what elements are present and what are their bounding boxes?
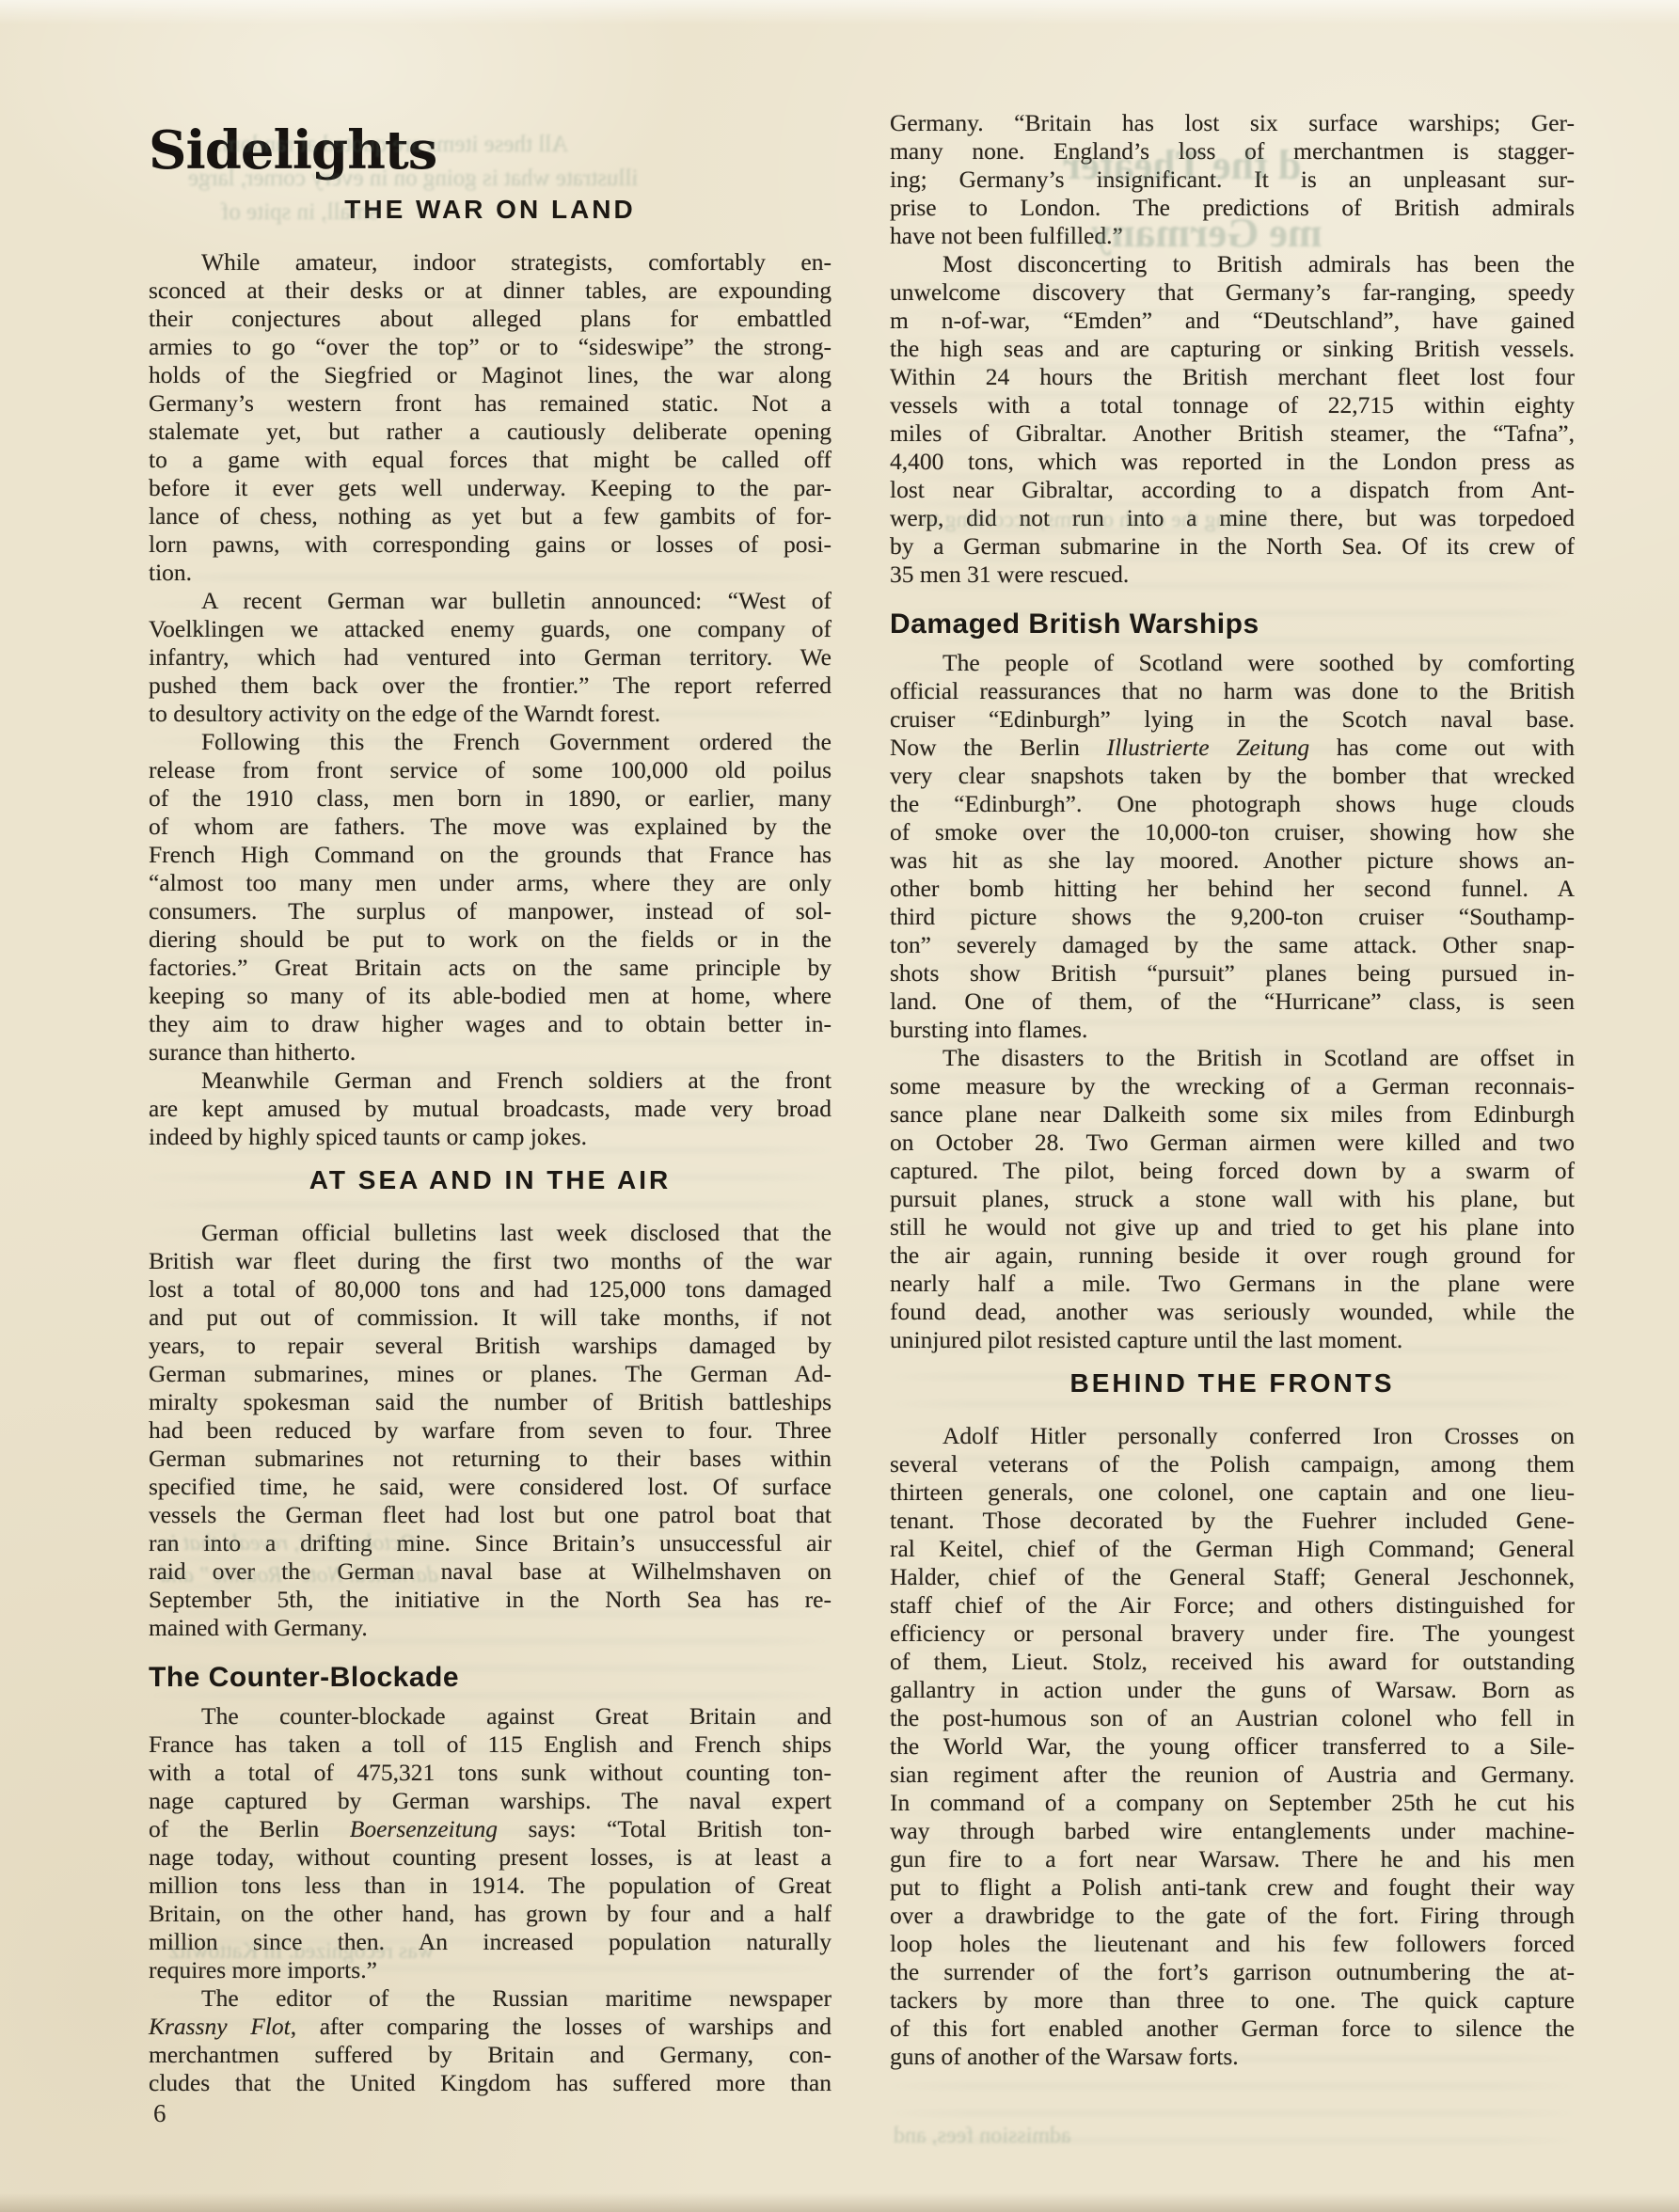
text-line: Following this the French Government ord…	[149, 728, 832, 756]
text-line: In command of a company on September 25t…	[890, 1789, 1575, 1817]
text-line: m n-of-war, “Emden” and “Deutschland”, h…	[890, 307, 1575, 335]
text-line: million since then. An increased populat…	[149, 1928, 832, 1956]
bleedthrough-text: admission fees, and	[894, 2124, 1071, 2149]
text-line: keeping so many of its able-bodied men a…	[149, 982, 832, 1010]
text-line: armies to go “over the top” or to “sides…	[149, 333, 832, 361]
text-line: to desultory activity on the edge of the…	[149, 700, 832, 728]
text-line: still he would not give up and tried to …	[890, 1213, 1575, 1241]
text-line: The disasters to the British in Scotland…	[890, 1044, 1575, 1072]
text-line: diering should be put to work on the fie…	[149, 925, 832, 954]
text-line: gun fire to a fort near Warsaw. There he…	[890, 1845, 1575, 1873]
text-line: Voelklingen we attacked enemy guards, on…	[149, 615, 832, 643]
section-heading: THE WAR ON LAND	[149, 194, 832, 226]
text-line: the “Edinburgh”. One photograph shows hu…	[890, 790, 1575, 818]
text-line: some measure by the wrecking of a German…	[890, 1072, 1575, 1100]
text-line: specified time, he said, were considered…	[149, 1473, 832, 1501]
text-line: lost a total of 80,000 tons and had 125,…	[149, 1275, 832, 1303]
text-line: merchantmen suffered by Britain and Germ…	[149, 2041, 832, 2069]
text-line: German official bulletins last week disc…	[149, 1219, 832, 1247]
text-line: French High Command on the grounds that …	[149, 841, 832, 869]
paragraph: Adolf Hitler personally conferred Iron C…	[890, 1422, 1575, 2071]
text-line: of them, Lieut. Stolz, received his awar…	[890, 1648, 1575, 1676]
subsection-heading: Damaged British Warships	[890, 608, 1575, 641]
text-line: the World War, the young officer transfe…	[890, 1732, 1575, 1761]
text-line: vessels with a total tonnage of 22,715 w…	[890, 391, 1575, 419]
text-line: was hit as she lay moored. Another pictu…	[890, 846, 1575, 875]
text-line: “almost too many men under arms, where t…	[149, 869, 832, 897]
text-line: have not been fulfilled.”	[890, 222, 1575, 250]
text-line: Krassny Flot, after comparing the losses…	[149, 2013, 832, 2041]
scanned-magazine-page: SidelightsTHE WAR ON LANDWhile amateur, …	[0, 0, 1679, 2212]
page-number: 6	[153, 2099, 166, 2128]
text-line: miles of Gibraltar. Another British stea…	[890, 419, 1575, 448]
text-line: sian regiment after the reunion of Austr…	[890, 1761, 1575, 1789]
text-line: efficiency or personal bravery under fir…	[890, 1619, 1575, 1648]
text-line: are kept amused by mutual broadcasts, ma…	[149, 1095, 832, 1123]
subsection-heading: The Counter-Blockade	[149, 1661, 832, 1695]
text-line: stalemate yet, but rather a cautiously d…	[149, 418, 832, 446]
text-line: 35 men 31 were rescued.	[890, 561, 1575, 589]
text-line: many none. England’s loss of merchantmen…	[890, 137, 1575, 166]
text-line: nearly half a mile. Two Germans in the p…	[890, 1270, 1575, 1298]
text-line: uninjured pilot resisted capture until t…	[890, 1326, 1575, 1354]
text-line: million tons less than in 1914. The popu…	[149, 1872, 832, 1900]
text-line: British war fleet during the first two m…	[149, 1247, 832, 1275]
text-line: pushed them back over the frontier.” The…	[149, 671, 832, 700]
paragraph: The people of Scotland were soothed by c…	[890, 649, 1575, 1044]
text-line: guns of another of the Warsaw forts.	[890, 2043, 1575, 2071]
paragraph: A recent German war bulletin announced: …	[149, 587, 832, 728]
text-line: infantry, which had ventured into German…	[149, 643, 832, 671]
text-line: miralty spokesman said the number of Bri…	[149, 1388, 832, 1416]
text-line: release from front service of some 100,0…	[149, 756, 832, 784]
text-line: consumers. The surplus of manpower, inst…	[149, 897, 832, 925]
paragraph: Following this the French Government ord…	[149, 728, 832, 1066]
text-line: several veterans of the Polish campaign,…	[890, 1450, 1575, 1478]
text-line: the air again, running beside it over ro…	[890, 1241, 1575, 1270]
left-column: SidelightsTHE WAR ON LANDWhile amateur, …	[149, 120, 832, 2097]
text-line: Now the Berlin Illustrierte Zeitung has …	[890, 734, 1575, 762]
text-line: very clear snapshots taken by the bomber…	[890, 762, 1575, 790]
text-line: cludes that the United Kingdom has suffe…	[149, 2069, 832, 2097]
text-line: cruiser “Edinburgh” lying in the Scotch …	[890, 705, 1575, 734]
text-line: Meanwhile German and French soldiers at …	[149, 1066, 832, 1095]
paragraph: Germany. “Britain has lost six surface w…	[890, 109, 1575, 250]
text-line: before it ever gets well underway. Keepi…	[149, 474, 832, 502]
paragraph: The editor of the Russian maritime newsp…	[149, 1984, 832, 2097]
text-line: staff chief of the Air Force; and others…	[890, 1591, 1575, 1619]
text-line: way through barbed wire entanglements un…	[890, 1817, 1575, 1845]
text-line: found dead, another was seriously wounde…	[890, 1298, 1575, 1326]
text-line: of whom are fathers. The move was explai…	[149, 813, 832, 841]
text-line: Within 24 hours the British merchant fle…	[890, 363, 1575, 391]
text-line: indeed by highly spiced taunts or camp j…	[149, 1123, 832, 1151]
paragraph: Meanwhile German and French soldiers at …	[149, 1066, 832, 1151]
text-line: werp, did not run into a mine there, but…	[890, 504, 1575, 532]
text-line: The people of Scotland were soothed by c…	[890, 649, 1575, 677]
paragraph: While amateur, indoor strategists, comfo…	[149, 248, 832, 587]
text-line: September 5th, the initiative in the Nor…	[149, 1586, 832, 1614]
text-line: on October 28. Two German airmen were ki…	[890, 1129, 1575, 1157]
text-line: by a German submarine in the North Sea. …	[890, 532, 1575, 561]
paragraph: German official bulletins last week disc…	[149, 1219, 832, 1642]
text-line: lost near Gibraltar, according to a disp…	[890, 476, 1575, 504]
text-line: to a game with equal forces that might b…	[149, 446, 832, 474]
text-line: lance of chess, nothing as yet but a few…	[149, 502, 832, 530]
text-line: ton” severely damaged by the same attack…	[890, 931, 1575, 959]
text-line: their conjectures about alleged plans fo…	[149, 305, 832, 333]
paragraph: The disasters to the British in Scotland…	[890, 1044, 1575, 1354]
text-line: of the 1910 class, men born in 1890, or …	[149, 784, 832, 813]
text-line: Britain, on the other hand, has grown by…	[149, 1900, 832, 1928]
text-line: years, to repair several British warship…	[149, 1332, 832, 1360]
text-line: unwelcome discovery that Germany’s far-r…	[890, 278, 1575, 307]
text-line: tion.	[149, 559, 832, 587]
text-line: sconced at their desks or at dinner tabl…	[149, 276, 832, 305]
paragraph: Most disconcerting to British admirals h…	[890, 250, 1575, 589]
text-line: loop holes the lieutenant and his few fo…	[890, 1930, 1575, 1958]
text-line: surance than hitherto.	[149, 1038, 832, 1066]
text-line: Halder, chief of the General Staff; Gene…	[890, 1563, 1575, 1591]
text-line: Germany. “Britain has lost six surface w…	[890, 109, 1575, 137]
text-line: over a drawbridge to the gate of the for…	[890, 1902, 1575, 1930]
text-line: nage captured by German warships. The na…	[149, 1787, 832, 1815]
text-line: third picture shows the 9,200-ton cruise…	[890, 903, 1575, 931]
text-line: and put out of commission. It will take …	[149, 1303, 832, 1332]
text-line: they aim to draw higher wages and to obt…	[149, 1010, 832, 1038]
text-line: The editor of the Russian maritime newsp…	[149, 1984, 832, 2013]
text-line: tenant. Those decorated by the Fuehrer i…	[890, 1507, 1575, 1535]
text-line: vessels the German fleet had lost but on…	[149, 1501, 832, 1529]
text-line: bursting into flames.	[890, 1016, 1575, 1044]
text-line: The counter-blockade against Great Brita…	[149, 1702, 832, 1730]
text-line: mained with Germany.	[149, 1614, 832, 1642]
text-line: nage today, without counting present los…	[149, 1843, 832, 1872]
text-line: pursuit planes, struck a stone wall with…	[890, 1185, 1575, 1213]
text-line: Germany’s western front has remained sta…	[149, 389, 832, 418]
text-line: other bomb hitting her behind her second…	[890, 875, 1575, 903]
text-line: gallantry in action under the guns of Wa…	[890, 1676, 1575, 1704]
text-line: lorn pawns, with corresponding gains or …	[149, 530, 832, 559]
text-line: factories.” Great Britain acts on the sa…	[149, 954, 832, 982]
text-line: had been reduced by warfare from seven t…	[149, 1416, 832, 1445]
text-line: of the Berlin Boersenzeitung says: “Tota…	[149, 1815, 832, 1843]
text-line: France has taken a toll of 115 English a…	[149, 1730, 832, 1759]
paragraph: The counter-blockade against Great Brita…	[149, 1702, 832, 1984]
text-line: land. One of them, of the “Hurricane” cl…	[890, 987, 1575, 1016]
text-line: prise to London. The predictions of Brit…	[890, 194, 1575, 222]
text-line: with a total of 475,321 tons sunk withou…	[149, 1759, 832, 1787]
text-line: the high seas and are capturing or sinki…	[890, 335, 1575, 363]
section-heading: AT SEA AND IN THE AIR	[149, 1164, 832, 1196]
text-line: put to flight a Polish anti-tank crew an…	[890, 1873, 1575, 1902]
text-line: ing; Germany’s insignificant. It is an u…	[890, 166, 1575, 194]
text-line: ran into a drifting mine. Since Britain’…	[149, 1529, 832, 1557]
text-line: Most disconcerting to British admirals h…	[890, 250, 1575, 278]
text-line: official reassurances that no harm was d…	[890, 677, 1575, 705]
text-line: ral Keitel, chief of the German High Com…	[890, 1535, 1575, 1563]
text-line: of this fort enabled another German forc…	[890, 2014, 1575, 2043]
text-line: sance plane near Dalkeith some six miles…	[890, 1100, 1575, 1129]
text-line: thirteen generals, one colonel, one capt…	[890, 1478, 1575, 1507]
text-line: 4,400 tons, which was reported in the Lo…	[890, 448, 1575, 476]
section-heading: BEHIND THE FRONTS	[890, 1367, 1575, 1399]
text-line: While amateur, indoor strategists, comfo…	[149, 248, 832, 276]
text-line: raid over the German naval base at Wilhe…	[149, 1557, 832, 1586]
text-line: A recent German war bulletin announced: …	[149, 587, 832, 615]
text-line: Adolf Hitler personally conferred Iron C…	[890, 1422, 1575, 1450]
text-line: holds of the Siegfried or Maginot lines,…	[149, 361, 832, 389]
text-line: the surrender of the fort’s garrison out…	[890, 1958, 1575, 1986]
text-line: requires more imports.”	[149, 1956, 832, 1984]
text-line: of smoke over the 10,000-ton cruiser, sh…	[890, 818, 1575, 846]
text-line: German submarines not returning to their…	[149, 1445, 832, 1473]
right-column: Germany. “Britain has lost six surface w…	[890, 109, 1575, 2071]
text-line: German submarines, mines or planes. The …	[149, 1360, 832, 1388]
text-line: captured. The pilot, being forced down b…	[890, 1157, 1575, 1185]
page-title: Sidelights	[149, 120, 832, 181]
text-line: tackers by more than three to one. The q…	[890, 1986, 1575, 2014]
text-line: the post-humous son of an Austrian colon…	[890, 1704, 1575, 1732]
text-line: shots show British “pursuit” planes bein…	[890, 959, 1575, 987]
